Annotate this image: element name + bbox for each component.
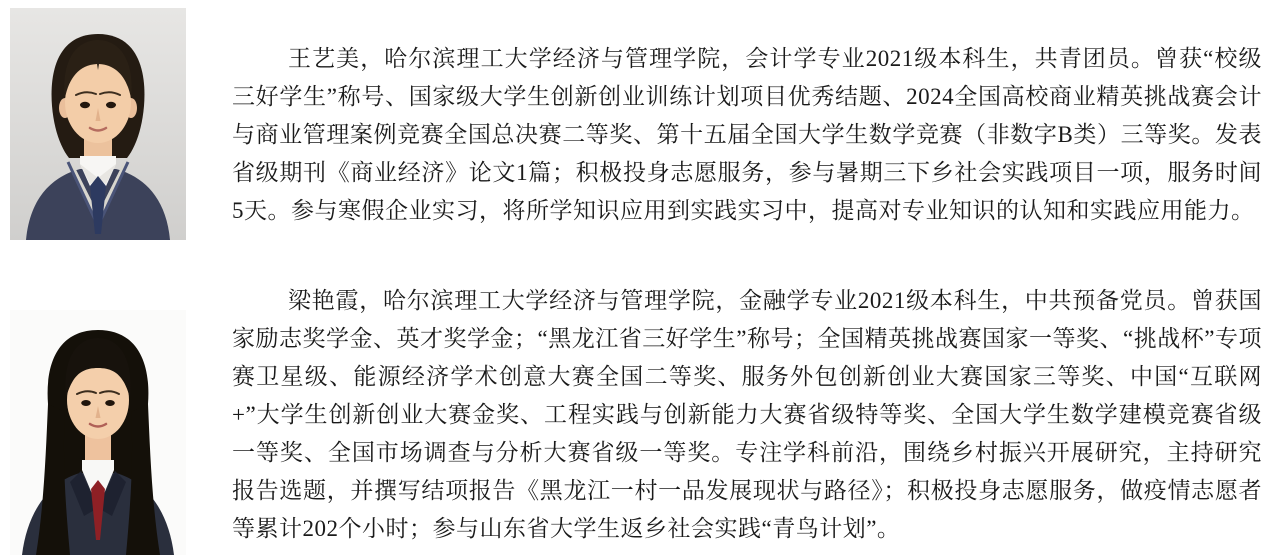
profile-text-liang-yanxia: 梁艳霞，哈尔滨理工大学经济与管理学院，金融学专业2021级本科生，中共预备党员。…: [232, 282, 1262, 548]
portrait-illustration-2: [10, 310, 186, 555]
profile-row-liang-yanxia: 梁艳霞，哈尔滨理工大学经济与管理学院，金融学专业2021级本科生，中共预备党员。…: [0, 282, 1268, 555]
student-profiles-document: 王艺美，哈尔滨理工大学经济与管理学院，会计学专业2021级本科生，共青团员。曾获…: [0, 0, 1268, 555]
portrait-illustration-1: [10, 8, 186, 240]
student-photo-liang-yanxia: [10, 310, 186, 555]
portrait-photo: [10, 310, 186, 555]
student-photo-wang-yimei: [10, 8, 186, 240]
portrait-photo: [10, 8, 186, 240]
profile-text-wang-yimei: 王艺美，哈尔滨理工大学经济与管理学院，会计学专业2021级本科生，共青团员。曾获…: [232, 40, 1262, 230]
profile-row-wang-yimei: 王艺美，哈尔滨理工大学经济与管理学院，会计学专业2021级本科生，共青团员。曾获…: [0, 0, 1268, 240]
profile-bio: 梁艳霞，哈尔滨理工大学经济与管理学院，金融学专业2021级本科生，中共预备党员。…: [232, 282, 1262, 548]
profile-bio: 王艺美，哈尔滨理工大学经济与管理学院，会计学专业2021级本科生，共青团员。曾获…: [232, 40, 1262, 230]
